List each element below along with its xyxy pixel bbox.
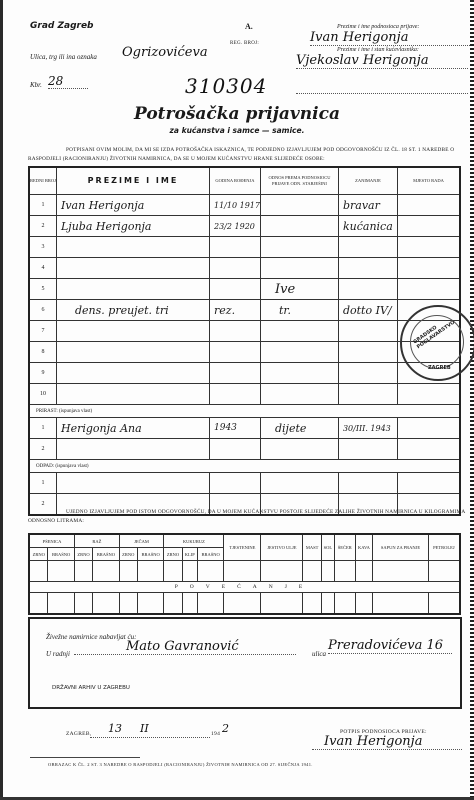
col-header-relation: ODNOS PREMA PODNOSIOCU PRIJAVE ODN. STAR… [260,167,338,195]
col-header-pasta: TJESTENINE [224,534,261,561]
supply-cell[interactable] [74,561,92,582]
col-header-no: REDNI BROJ [29,167,57,195]
year-prefix: 194 [211,731,220,737]
applicant-value: Ivan Herigonja [310,30,470,46]
workplace[interactable] [397,439,460,460]
row-number: 2 [29,439,57,460]
workplace[interactable] [397,237,460,258]
table-row: 8 [29,342,460,363]
birth-date[interactable]: rez. [210,300,261,321]
relation[interactable]: dijete [260,418,338,439]
person-name[interactable] [57,384,210,405]
sub-header-barley-flour: BRAŠNO [137,548,164,561]
relation[interactable] [260,321,338,342]
increase-cell[interactable] [355,593,373,615]
section-odpad-label: ODPAD: (ispunjava vlast) [29,460,460,473]
section-prirast-label: PRIRAST: (ispunjava vlast) [29,405,460,418]
relation[interactable] [260,439,338,460]
supply-cell[interactable] [29,561,48,582]
workplace[interactable] [397,216,460,237]
stamped-number: 310304 [185,74,267,98]
row-number: 8 [29,342,57,363]
birth-date[interactable]: 1943 [210,418,261,439]
increase-section-label: POVEĆANJE [29,582,460,593]
occupation[interactable]: kućanica [338,216,397,237]
street-label: Ulica, trg ili ina oznaka [30,53,97,61]
birth-date[interactable] [210,342,261,363]
supply-cell[interactable] [137,561,164,582]
increase-cell[interactable] [197,593,224,615]
col-header-birth-year: GODINA ROĐENJA [210,167,261,195]
supply-cell[interactable] [224,561,261,582]
occupation[interactable] [338,384,397,405]
table-row: 1 [29,473,460,494]
increase-cell[interactable] [137,593,164,615]
official-stamp: GRADSKO POGLAVARSTVO ZAGREB [400,305,474,381]
person-name[interactable]: Ivan Herigonja [57,195,210,216]
shop-name-label: U radnji [46,650,70,658]
date-month: II [140,722,149,735]
occupation[interactable] [338,439,397,460]
relation[interactable] [260,216,338,237]
table-row: 1 Ivan Herigonja 11/10 1917 bravar [29,195,460,216]
increase-cell[interactable] [164,593,182,615]
birth-date[interactable] [210,237,261,258]
relation[interactable]: Ive [260,279,338,300]
increase-cell[interactable] [321,593,334,615]
occupation[interactable]: bravar [338,195,397,216]
person-name[interactable] [57,473,210,494]
col-header-oil: JESTIVO ULJE [261,534,303,561]
row-number: 2 [29,216,57,237]
supplies-statement: UJEDNO IZJAVLJUJEM POD ISTOM ODGOVORNOŠĆ… [28,508,468,526]
form-title: Potrošačka prijavnica [0,104,474,124]
increase-cell[interactable] [428,593,460,615]
person-name[interactable]: Herigonja Ana [57,418,210,439]
birth-date[interactable] [210,363,261,384]
table-row: 10 [29,384,460,405]
table-row: 9 [29,363,460,384]
occupation[interactable]: dotto IV/ [338,300,397,321]
relation[interactable] [260,363,338,384]
house-number-value: 28 [48,74,88,89]
supply-cell[interactable] [164,561,182,582]
row-number: 4 [29,258,57,279]
increase-cell[interactable] [182,593,197,615]
birth-date[interactable] [210,473,261,494]
group-header-barley: JEČAM [119,534,164,548]
row-number: 9 [29,363,57,384]
shop-street-value[interactable]: Preradovićeva 16 [328,638,452,654]
relation[interactable] [260,342,338,363]
group-header-wheat: PŠENICA [29,534,74,548]
supply-cell[interactable] [373,561,428,582]
shop-street-label: ulica [312,650,326,658]
row-number: 3 [29,237,57,258]
supply-cell[interactable] [428,561,460,582]
increase-cell[interactable] [29,593,48,615]
sub-header-corn-grain: ZRNO [164,548,182,561]
workplace[interactable] [397,195,460,216]
supply-cell[interactable] [182,561,197,582]
person-name[interactable] [57,321,210,342]
row-number: 1 [29,473,57,494]
relation[interactable] [260,237,338,258]
col-header-name: PREZIME I IME [57,167,210,195]
occupation[interactable] [338,363,397,384]
table-row: 1 Herigonja Ana 1943 dijete 30/III. 1943 [29,418,460,439]
supply-cell[interactable] [261,561,303,582]
birth-date[interactable] [210,439,261,460]
col-header-petroleum: PETROLEJ [428,534,460,561]
row-number: 10 [29,384,57,405]
birth-date[interactable] [210,279,261,300]
relation[interactable] [260,195,338,216]
intro-statement: POTPISANI OVIM MOLIM, DA MI SE IZDA POTR… [28,146,464,164]
person-name[interactable]: Ljuba Herigonja [57,216,210,237]
supply-cell[interactable] [303,561,322,582]
sub-header-corn-cob: KLIP [182,548,197,561]
supplies-table: PŠENICA RAŽ JEČAM KUKURUZ TJESTENINE JES… [28,533,461,615]
table-row: 3 [29,237,460,258]
table-row: 6 dens. preujet. tri rez. tr. dotto IV/ [29,300,460,321]
occupation[interactable] [338,473,397,494]
birth-date[interactable] [210,258,261,279]
place-label: ZAGREB, [66,731,91,737]
sub-header-corn-flour: BRAŠNO [197,548,224,561]
occupation[interactable] [338,342,397,363]
col-header-salt: SOL [321,534,334,561]
supply-cell[interactable] [48,561,75,582]
workplace[interactable] [397,473,460,494]
birth-date[interactable]: 11/10 1917 [210,195,261,216]
supply-cell[interactable] [321,561,334,582]
landlord-extra-line [296,92,468,94]
reg-number-label: REG. BROJ: [230,41,259,46]
supply-cell[interactable] [93,561,120,582]
sub-header-barley-grain: ZRNO [119,548,137,561]
increase-cell[interactable] [334,593,355,615]
relation[interactable] [260,258,338,279]
shop-name-value[interactable]: Mato Gavranović [74,639,296,655]
birth-date[interactable] [210,384,261,405]
workplace[interactable] [397,258,460,279]
col-header-occupation: ZANIMANJE [338,167,397,195]
sub-header-wheat-grain: ZRNO [29,548,48,561]
street-value: Ogrizovićeva [122,45,208,60]
workplace[interactable] [397,418,460,439]
form-subtitle: za kućanstva i samce — samice. [0,126,474,135]
occupation[interactable] [338,237,397,258]
increase-cell[interactable] [93,593,120,615]
increase-cell[interactable] [261,593,303,615]
supply-cell[interactable] [355,561,373,582]
group-header-rye: RAŽ [74,534,119,548]
row-number: 7 [29,321,57,342]
sub-header-wheat-flour: BRAŠNO [48,548,75,561]
col-header-sugar: ŠEĆER [334,534,355,561]
col-header-coffee: KAVA [355,534,373,561]
supply-cell[interactable] [197,561,224,582]
increase-cell[interactable] [48,593,75,615]
occupation[interactable] [338,279,397,300]
row-number: 1 [29,418,57,439]
sub-header-rye-grain: ZRNO [74,548,92,561]
row-number: 1 [29,195,57,216]
supply-cell[interactable] [334,561,355,582]
person-name[interactable]: dens. preujet. tri [57,300,210,321]
supply-shop-box: Živežne namirnice nabavljat ću: U radnji… [28,617,462,709]
col-header-soap: SAPUN ZA PRANJE [373,534,428,561]
person-name[interactable] [57,258,210,279]
col-header-workplace: MJESTO RADA [397,167,460,195]
increase-row [29,593,460,615]
supply-cell[interactable] [119,561,137,582]
date-day: 13 [108,722,122,735]
person-name[interactable] [57,439,210,460]
relation[interactable]: tr. [260,300,338,321]
landlord-value: Vjekoslav Herigonja [296,53,468,69]
row-number: 5 [29,279,57,300]
footer-rule [30,757,140,758]
signature-value: Ivan Herigonja [312,734,462,750]
occupation[interactable] [338,321,397,342]
row-number: 6 [29,300,57,321]
household-table: REDNI BROJ PREZIME I IME GODINA ROĐENJA … [28,166,461,516]
workplace[interactable] [397,279,460,300]
occupation[interactable]: 30/III. 1943 [338,418,397,439]
form-note: OBRAZAC K ČL. 2 ST. 3 NAREDBE O RASPODJE… [48,762,313,767]
archive-stamp: DRŽAVNI ARHIV U ZAGREBU [52,685,130,691]
col-header-lard: MAST [303,534,322,561]
year-suffix: 2 [222,722,229,735]
table-row: 4 [29,258,460,279]
table-row: 7 [29,321,460,342]
supplies-row [29,561,460,582]
table-row: 5 Ive [29,279,460,300]
stamp-text-bottom: ZAGREB [428,365,451,371]
series-letter: A. [245,22,253,31]
table-row: 2 [29,439,460,460]
house-number-label: Kbr. [30,81,42,89]
increase-cell[interactable] [303,593,322,615]
person-name[interactable] [57,279,210,300]
increase-cell[interactable] [373,593,428,615]
table-row: 2 Ljuba Herigonja 23/2 1920 kućanica [29,216,460,237]
person-name[interactable] [57,237,210,258]
birth-date[interactable] [210,321,261,342]
date-line [90,736,210,738]
increase-cell[interactable] [119,593,137,615]
relation[interactable] [260,473,338,494]
birth-date[interactable]: 23/2 1920 [210,216,261,237]
relation[interactable] [260,384,338,405]
city-name: Grad Zagreb [30,21,94,31]
person-name[interactable] [57,342,210,363]
workplace[interactable] [397,384,460,405]
group-header-corn: KUKURUZ [164,534,224,548]
increase-cell[interactable] [74,593,92,615]
increase-cell[interactable] [224,593,261,615]
sub-header-rye-flour: BRAŠNO [93,548,120,561]
occupation[interactable] [338,258,397,279]
person-name[interactable] [57,363,210,384]
